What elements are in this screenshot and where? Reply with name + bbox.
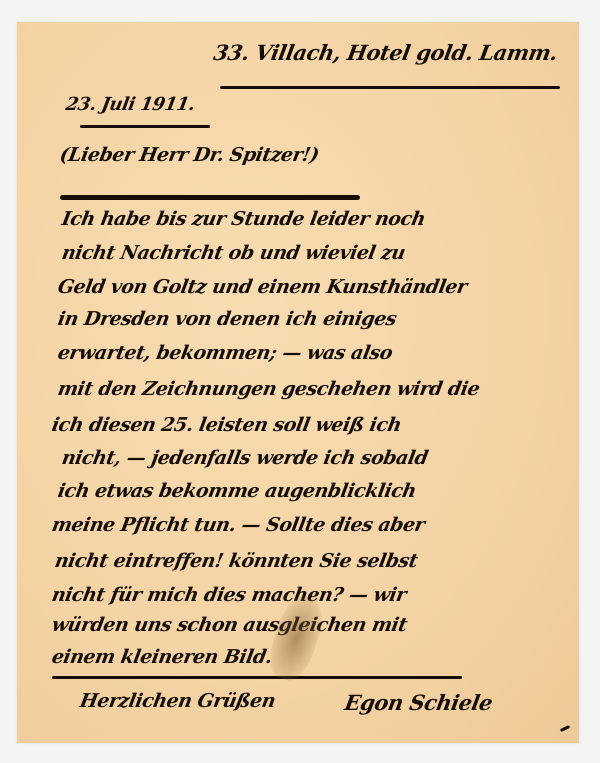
body-line: meine Pflicht tun. — Sollte dies aber: [50, 514, 426, 536]
salutation-underline: [60, 195, 360, 200]
date-underline: [80, 125, 210, 128]
header-underline: [220, 86, 560, 89]
body-line: ich etwas bekomme augenblicklich: [56, 480, 418, 502]
signature: Egon Schiele: [343, 690, 495, 715]
body-line: Ich habe bis zur Stunde leider noch: [60, 208, 427, 230]
letter-date: 23. Juli 1911.: [64, 94, 196, 115]
body-line: nicht eintreffen! könnten Sie selbst: [53, 550, 419, 572]
closing: Herzlichen Grüßen: [78, 690, 277, 712]
body-line: erwartet, bekommen; — was also: [56, 342, 394, 364]
body-line: nicht, — jedenfalls werde ich sobald: [60, 447, 429, 469]
body-line: in Dresden von denen ich einiges: [56, 308, 398, 330]
body-line: mit den Zeichnungen geschehen wird die: [56, 378, 481, 400]
closing-rule: [52, 676, 462, 679]
body-line: nicht Nachricht ob und wieviel zu: [60, 242, 407, 264]
body-line: ich diesen 25. leisten soll weiß ich: [50, 414, 403, 436]
letter-header: 33. Villach, Hotel gold. Lamm.: [212, 40, 560, 65]
body-line: Geld von Goltz und einem Kunsthändler: [56, 276, 468, 298]
salutation: (Lieber Herr Dr. Spitzer!): [58, 144, 320, 166]
body-line: einem kleineren Bild.: [50, 646, 274, 668]
body-line: würden uns schon ausgleichen mit: [50, 614, 409, 636]
body-line: nicht für mich dies machen? — wir: [50, 584, 408, 606]
